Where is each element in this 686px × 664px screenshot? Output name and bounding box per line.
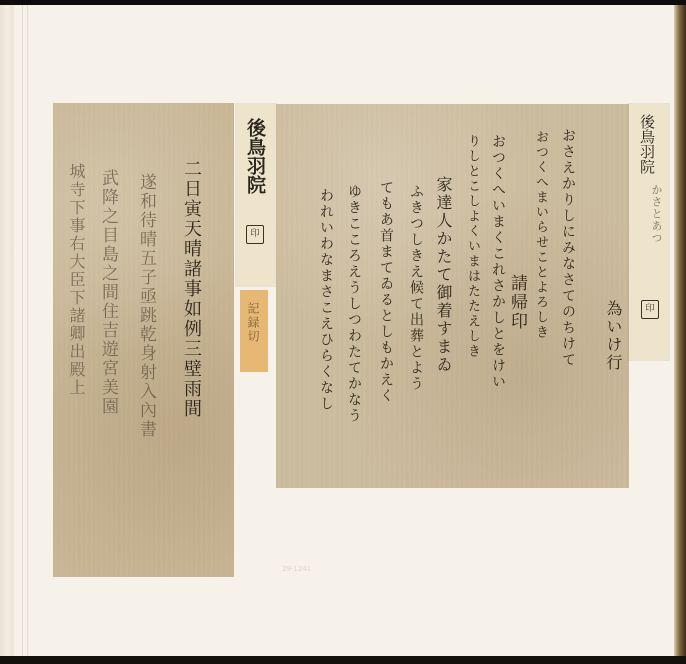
attribution-text: 後鳥羽院 [639, 114, 654, 174]
text-column: りしとこしよくいまはたたえしき [466, 134, 479, 359]
page-fold-line [27, 5, 28, 656]
title-tag: 記録切 [240, 290, 268, 372]
text-column: 城寺下事右大臣下諸卿出殿上 [68, 163, 84, 397]
text-column: ゆきこころえうしつわたてかなう [347, 184, 361, 424]
text-column: 請帰印 [508, 274, 525, 331]
calligraphy-fragment-letter: 為いけ行 おさえかりしにみなさてのちけて おつくへまいらせことよろしき 請帰印 … [276, 104, 629, 488]
attribution-label: 後鳥羽院 印 [236, 104, 276, 286]
text-column: われいわなまさこえひらくなし [319, 188, 333, 412]
attribution-label: 後鳥羽院 かさとあつ 印 [629, 104, 669, 360]
text-column: 武降之目島之間住吉遊宮美園 [99, 169, 116, 416]
calligraphy-fragment-record: 二日寅天晴諸事如例三壁雨間 遂和待晴五子亟跳乾身射入內書 武降之目島之間住吉遊宮… [53, 103, 234, 577]
attribution-subtitle: かさとあつ [651, 184, 662, 244]
text-column: おさえかりしにみなさてのちけて [561, 128, 575, 368]
text-column: 遂和待晴五子亟跳乾身射入內書 [137, 173, 154, 439]
pencil-inventory-note: 29-1241 [282, 565, 311, 573]
text-column: 家達人かたて御着すまゐ [435, 176, 451, 374]
attribution-text: 後鳥羽院 [245, 118, 264, 194]
seal-stamp-icon: 印 [641, 300, 659, 319]
heading-column: 為いけ行 [605, 300, 621, 372]
text-column: おつくへまいらせことよろしき [534, 130, 547, 340]
background-shadow [0, 656, 686, 664]
album-cover-edge [674, 5, 686, 658]
page-fold-line [22, 5, 23, 656]
seal-stamp-icon: 印 [246, 225, 264, 244]
text-column: ふきつしきえ候て出葬とよう [409, 184, 423, 392]
text-column: 二日寅天晴諸事如例三壁雨間 [182, 159, 200, 419]
tag-text: 記録切 [247, 302, 259, 344]
text-column: おつくへいまくこれさかしとをけい [491, 134, 505, 390]
text-column: てもあ首まてゐるとしもかえく [379, 180, 393, 404]
